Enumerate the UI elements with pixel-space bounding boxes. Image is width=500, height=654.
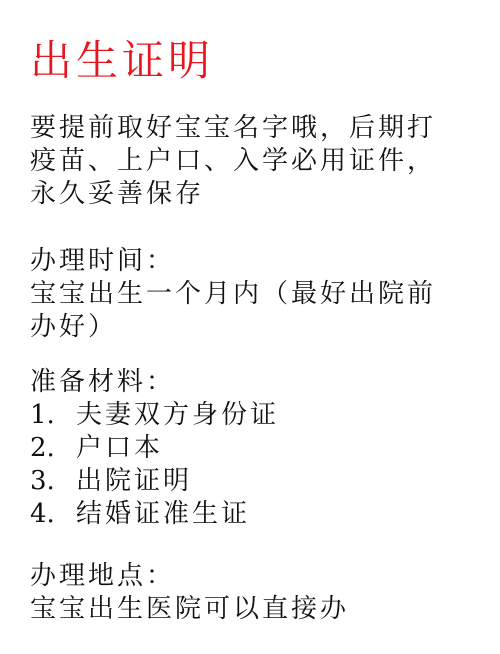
document-page: 出生证明 要提前取好宝宝名字哦，后期打 疫苗、上户口、入学必用证件， 永久妥善保… bbox=[0, 0, 500, 654]
intro-line: 永久妥善保存 bbox=[30, 178, 480, 211]
materials-list-item: 1.夫妻双方身份证 bbox=[30, 399, 480, 432]
location-section: 办理地点： 宝宝出生医院可以直接办 bbox=[30, 560, 480, 626]
list-item-text: 出院证明 bbox=[76, 466, 192, 496]
list-item-text: 夫妻双方身份证 bbox=[76, 400, 279, 430]
location-heading: 办理地点： bbox=[30, 560, 480, 593]
location-line: 宝宝出生医院可以直接办 bbox=[30, 593, 480, 626]
materials-list-item: 4.结婚证准生证 bbox=[30, 498, 480, 531]
list-item-number: 2. bbox=[30, 432, 76, 465]
materials-section: 准备材料： 1.夫妻双方身份证 2.户口本 3.出院证明 4.结婚证准生证 bbox=[30, 366, 480, 531]
intro-line: 要提前取好宝宝名字哦，后期打 bbox=[30, 112, 480, 145]
time-heading: 办理时间： bbox=[30, 245, 480, 278]
time-line: 办好） bbox=[30, 311, 480, 344]
intro-line: 疫苗、上户口、入学必用证件， bbox=[30, 145, 480, 178]
list-item-number: 3. bbox=[30, 465, 76, 498]
time-line: 宝宝出生一个月内（最好出院前 bbox=[30, 278, 480, 311]
list-item-number: 4. bbox=[30, 498, 76, 531]
list-item-text: 户口本 bbox=[76, 433, 163, 463]
page-title: 出生证明 bbox=[30, 36, 214, 86]
materials-heading: 准备材料： bbox=[30, 366, 480, 399]
list-item-number: 1. bbox=[30, 399, 76, 432]
intro-paragraph: 要提前取好宝宝名字哦，后期打 疫苗、上户口、入学必用证件， 永久妥善保存 bbox=[30, 112, 480, 211]
materials-list-item: 2.户口本 bbox=[30, 432, 480, 465]
materials-list-item: 3.出院证明 bbox=[30, 465, 480, 498]
time-section: 办理时间： 宝宝出生一个月内（最好出院前 办好） bbox=[30, 245, 480, 344]
list-item-text: 结婚证准生证 bbox=[76, 499, 250, 529]
